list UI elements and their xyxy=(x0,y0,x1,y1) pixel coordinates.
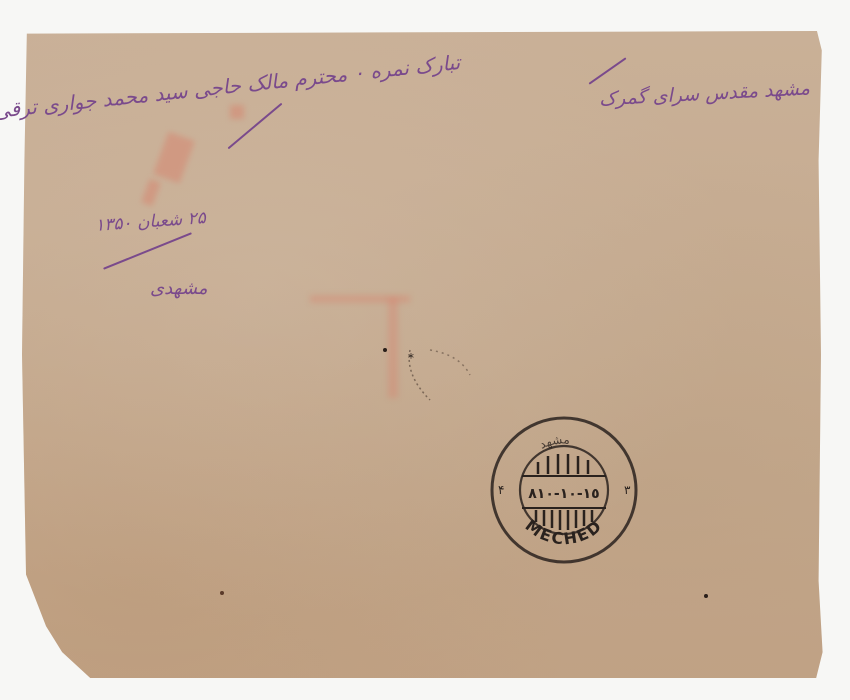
oval-stamp: * xyxy=(400,330,480,410)
postmark-date: ١٥-١٠-٨١٠ xyxy=(528,486,599,502)
postmark-side-right: ۳ xyxy=(624,483,631,497)
red-stamp-smudge xyxy=(230,105,244,119)
asterisk-icon: * xyxy=(408,351,414,365)
svg-text:مشهد: مشهد xyxy=(537,432,570,451)
ink-speck xyxy=(704,594,708,598)
signature-note: مشهدی xyxy=(150,278,208,299)
postmark-city: MECHED xyxy=(522,516,607,549)
postmark-persian-top: مشهد xyxy=(537,432,570,451)
svg-text:MECHED: MECHED xyxy=(522,516,607,549)
red-stamp-frame xyxy=(388,298,398,398)
ink-speck xyxy=(220,591,224,595)
meched-postmark: ١٥-١٠-٨١٠ MECHED مشهد ۴ ۳ xyxy=(488,414,640,566)
postmark-side-left: ۴ xyxy=(498,483,504,497)
ink-speck xyxy=(383,348,387,352)
